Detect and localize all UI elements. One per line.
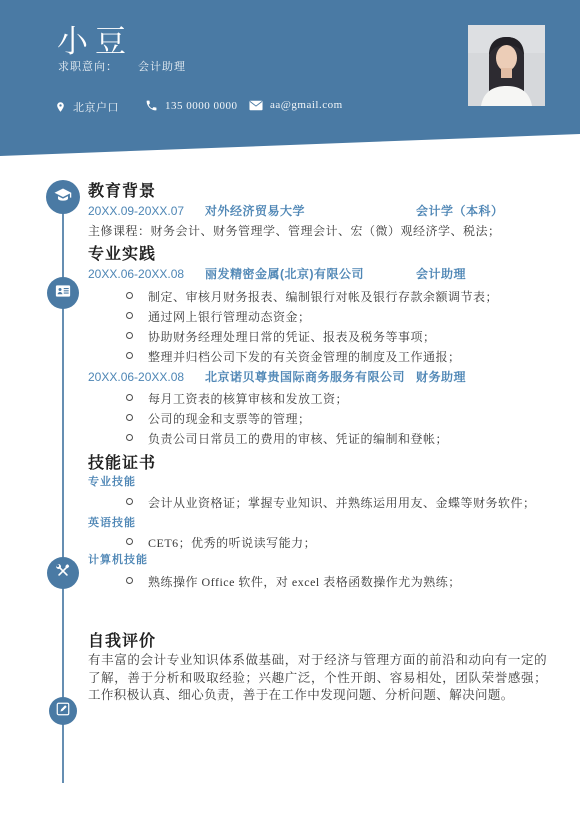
skill-bullet: CET6；优秀的听说读写能力； (125, 534, 545, 551)
timeline-node-experience (47, 277, 79, 309)
job-intention-value: 会计助理 (138, 61, 186, 73)
job-intention: 求职意向：会计助理 (58, 58, 186, 74)
evaluation-text: 有丰富的会计专业知识体系做基础，对于经济与管理方面的前沿和动向有一定的了解，善于… (88, 652, 547, 705)
job-company: 丽发精密金属(北京)有限公司 (205, 265, 416, 282)
skill-group-label: 计算机技能 (88, 551, 148, 567)
timeline-node-skills (47, 557, 79, 589)
contact-phone-text: 135 0000 0000 (165, 100, 238, 112)
education-school: 对外经济贸易大学 (205, 202, 416, 219)
section-title-experience: 专业实践 (88, 241, 156, 264)
contact-location: 北京户口 (55, 99, 119, 115)
portrait-illustration (468, 25, 545, 106)
location-pin-icon (55, 100, 66, 114)
skill-group-label: 专业技能 (88, 473, 136, 489)
job-intention-label: 求职意向： (58, 61, 118, 73)
skill-bullet: 熟练操作 Office 软件，对 excel 表格函数操作尤为熟练； (125, 573, 545, 590)
education-entry-row: 20XX.09-20XX.07 对外经济贸易大学 会计学（本科） (88, 202, 545, 219)
job-company: 北京诺贝尊贵国际商务服务有限公司 (205, 368, 416, 385)
job-bullet: 通过网上银行管理动态资金； (125, 308, 545, 325)
education-major: 会计学（本科） (416, 202, 545, 219)
profile-photo (468, 25, 545, 106)
job-period: 20XX.06-20XX.08 (88, 370, 205, 384)
job-entry-row: 20XX.06-20XX.08 北京诺贝尊贵国际商务服务有限公司 财务助理 (88, 368, 545, 385)
envelope-icon (249, 100, 263, 111)
phone-icon (145, 99, 158, 112)
candidate-name: 小豆 (57, 16, 133, 61)
edit-pencil-icon (55, 701, 71, 722)
job-role: 会计助理 (416, 265, 545, 282)
education-courses: 主修课程：财务会计、财务管理学、管理会计、宏（微）观经济学、税法； (88, 222, 545, 239)
job-role: 财务助理 (416, 368, 545, 385)
job-bullet: 每月工资表的核算审核和发放工资； (125, 390, 545, 407)
section-title-education: 教育背景 (88, 178, 156, 201)
job-bullet: 负责公司日常员工的费用的审核、凭证的编制和登帐； (125, 430, 545, 447)
tools-icon (54, 562, 72, 585)
job-period: 20XX.06-20XX.08 (88, 267, 205, 281)
graduation-cap-icon (53, 185, 73, 210)
section-title-evaluation: 自我评价 (88, 628, 156, 651)
timeline-node-evaluation (49, 697, 77, 725)
skill-group-label: 英语技能 (88, 514, 136, 530)
job-bullet: 整理并归档公司下发的有关资金管理的制度及工作通报； (125, 348, 545, 365)
contact-phone: 135 0000 0000 (145, 99, 238, 112)
timeline-node-education (46, 180, 80, 214)
job-bullet: 协助财务经理处理日常的凭证、报表及税务等事项； (125, 328, 545, 345)
section-title-skills: 技能证书 (88, 450, 156, 473)
contact-email: aa@gmail.com (249, 99, 343, 111)
skill-bullet: 会计从业资格证；掌握专业知识、并熟练运用用友、金蝶等财务软件； (125, 494, 545, 511)
job-bullet: 公司的现金和支票等的管理； (125, 410, 545, 427)
contact-location-text: 北京户口 (73, 99, 119, 115)
job-bullet: 制定、审核月财务报表、编制银行对帐及银行存款余额调节表； (125, 288, 545, 305)
id-card-icon (54, 282, 72, 305)
resume-page: 小豆 求职意向：会计助理 北京户口 135 0000 0000 aa@gmail… (0, 0, 580, 820)
contact-email-text: aa@gmail.com (270, 99, 343, 111)
education-period: 20XX.09-20XX.07 (88, 204, 205, 218)
job-entry-row: 20XX.06-20XX.08 丽发精密金属(北京)有限公司 会计助理 (88, 265, 545, 282)
